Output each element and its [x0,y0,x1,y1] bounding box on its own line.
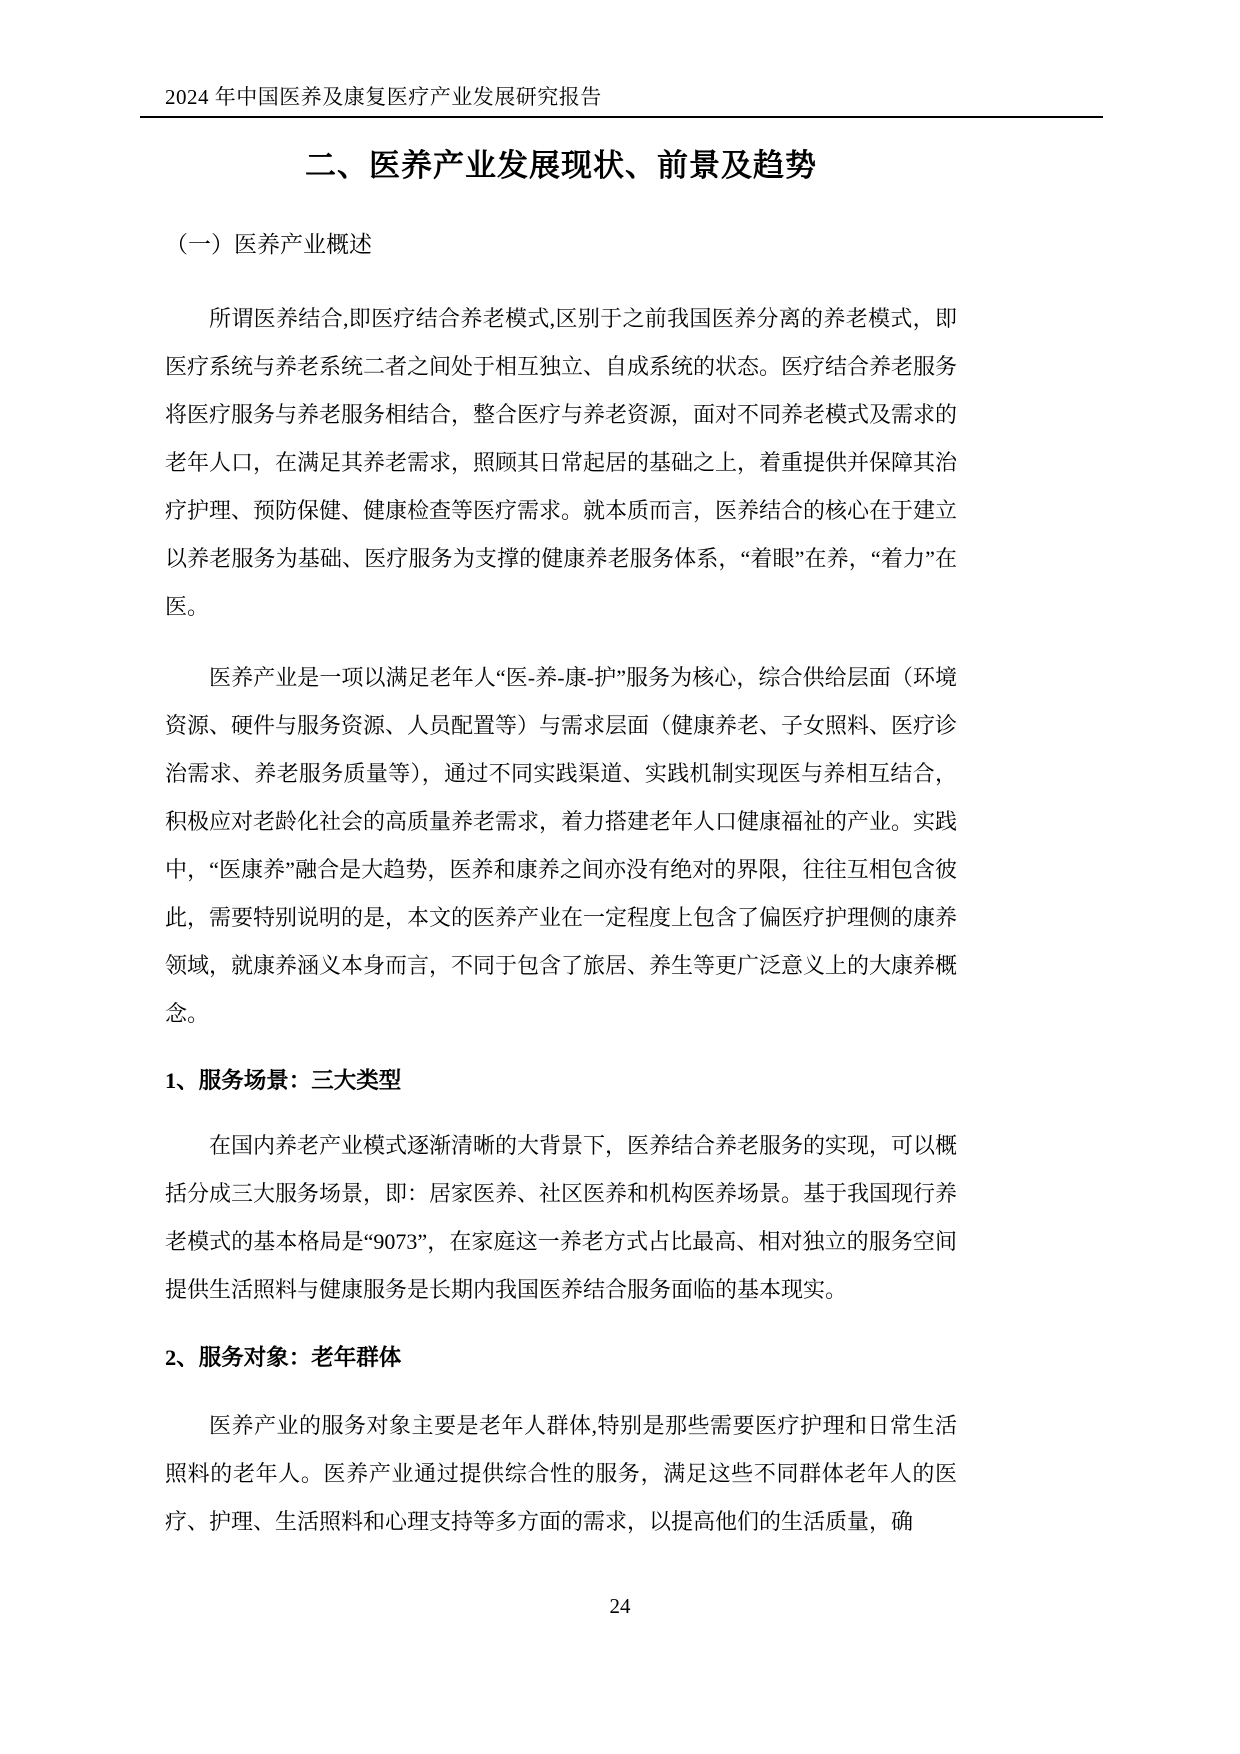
report-page: 2024 年中国医养及康复医疗产业发展研究报告 二、医养产业发展现状、前景及趋势… [0,0,1240,1754]
section-heading: （一）医养产业概述 [165,228,957,262]
document-body: 二、医养产业发展现状、前景及趋势 （一）医养产业概述 所谓医养结合,即医疗结合养… [165,0,957,1546]
page-number: 24 [0,1593,1240,1619]
paragraph-1: 所谓医养结合,即医疗结合养老模式,区别于之前我国医养分离的养老模式，即医疗系统与… [165,295,957,631]
chapter-title: 二、医养产业发展现状、前景及趋势 [165,146,957,186]
subsection-1-heading: 1、服务场景：三大类型 [165,1064,957,1098]
subsection-2-heading: 2、服务对象：老年群体 [165,1341,957,1375]
subsection-2-paragraph: 医养产业的服务对象主要是老年人群体,特别是那些需要医疗护理和日常生活照料的老年人… [165,1402,957,1546]
subsection-1-paragraph: 在国内养老产业模式逐渐清晰的大背景下，医养结合养老服务的实现，可以概括分成三大服… [165,1122,957,1314]
paragraph-2: 医养产业是一项以满足老年人“医-养-康-护”服务为核心，综合供给层面（环境资源、… [165,654,957,1038]
